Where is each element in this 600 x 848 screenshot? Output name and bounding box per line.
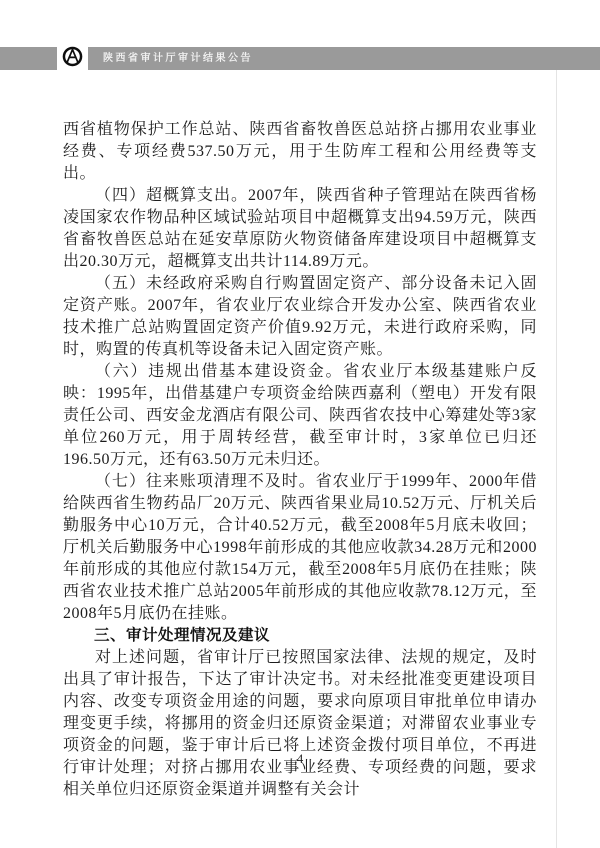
logo-box: [57, 45, 88, 72]
audit-emblem-icon: [62, 46, 83, 72]
finding-item-five: （五）未经政府采购自行购置固定资产、部分设备未记入固定资产账。2007年，省农业…: [63, 273, 537, 361]
page-edge-divider: [556, 70, 557, 848]
header-title: 陕西省审计厅审计结果公告: [103, 47, 253, 70]
header-bar: [0, 47, 600, 70]
document-body: 西省植物保护工作总站、陕西省畜牧兽医总站挤占挪用农业事业经费、专项经费537.5…: [63, 119, 537, 801]
continuation-paragraph: 西省植物保护工作总站、陕西省畜牧兽医总站挤占挪用农业事业经费、专项经费537.5…: [63, 119, 537, 185]
page-number: 4: [0, 751, 600, 767]
section-heading: 三、审计处理情况及建议: [63, 625, 537, 647]
finding-item-seven: （七）往来账项清理不及时。省农业厅于1999年、2000年借给陕西省生物药品厂2…: [63, 471, 537, 625]
disposition-paragraph: 对上述问题，省审计厅已按照国家法律、法规的规定，及时出具了审计报告，下达了审计决…: [63, 647, 537, 801]
finding-item-six: （六）违规出借基本建设资金。省农业厅本级基建账户反映：1995年，出借基建户专项…: [63, 361, 537, 471]
finding-item-four: （四）超概算支出。2007年，陕西省种子管理站在陕西省杨凌国家农作物品种区域试验…: [63, 185, 537, 273]
